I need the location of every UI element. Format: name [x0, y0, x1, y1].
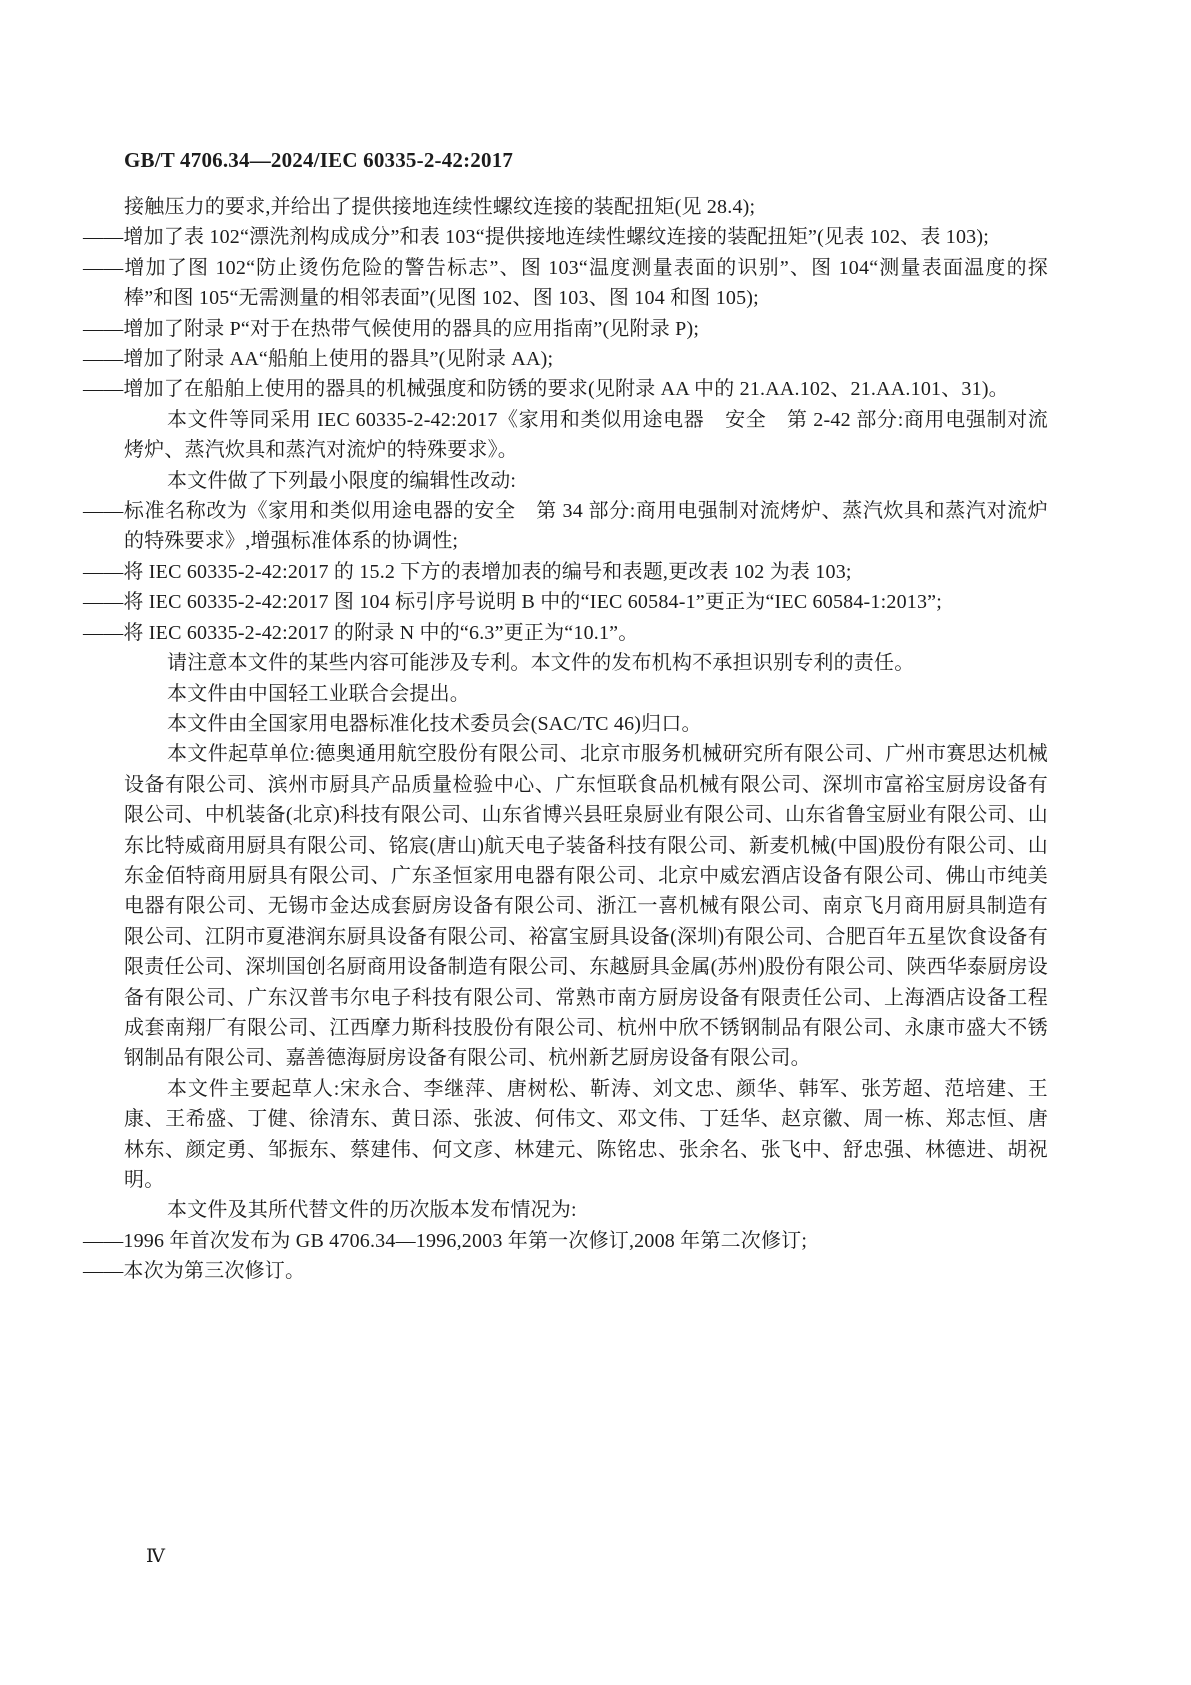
foreword-paragraph: 本文件及其所代替文件的历次版本发布情况为:: [124, 1195, 1048, 1225]
foreword-paragraph: 本文件由中国轻工业联合会提出。: [124, 679, 1048, 709]
foreword-continuation-line: 接触压力的要求,并给出了提供接地连续性螺纹连接的装配扭矩(见 28.4);: [124, 192, 1048, 222]
foreword-list-item: ——1996 年首次发布为 GB 4706.34—1996,2003 年第一次修…: [124, 1226, 1048, 1256]
foreword-list-item: ——将 IEC 60335-2-42:2017 图 104 标引序号说明 B 中…: [124, 587, 1048, 617]
foreword-paragraph: 本文件做了下列最小限度的编辑性改动:: [124, 466, 1048, 496]
foreword-drafters-paragraph: 本文件主要起草人:宋永合、李继萍、唐树松、靳涛、刘文忠、颜华、韩军、张芳超、范培…: [124, 1074, 1048, 1196]
foreword-paragraph: 请注意本文件的某些内容可能涉及专利。本文件的发布机构不承担识别专利的责任。: [124, 648, 1048, 678]
foreword-list-item: ——增加了附录 AA“船舶上使用的器具”(见附录 AA);: [124, 344, 1048, 374]
foreword-list-item: ——增加了附录 P“对于在热带气候使用的器具的应用指南”(见附录 P);: [124, 314, 1048, 344]
foreword-list-item: ——增加了在船舶上使用的器具的机械强度和防锈的要求(见附录 AA 中的 21.A…: [124, 374, 1048, 404]
foreword-paragraph: 本文件等同采用 IEC 60335-2-42:2017《家用和类似用途电器 安全…: [124, 405, 1048, 466]
foreword-drafting-organizations-paragraph: 本文件起草单位:德奥通用航空股份有限公司、北京市服务机械研究所有限公司、广州市赛…: [124, 739, 1048, 1073]
foreword-list-item: ——将 IEC 60335-2-42:2017 的附录 N 中的“6.3”更正为…: [124, 618, 1048, 648]
foreword-list-item: ——本次为第三次修订。: [124, 1256, 1048, 1286]
foreword-paragraph: 本文件由全国家用电器标准化技术委员会(SAC/TC 46)归口。: [124, 709, 1048, 739]
foreword-list-item: ——增加了表 102“漂洗剂构成成分”和表 103“提供接地连续性螺纹连接的装配…: [124, 222, 1048, 252]
page-number: Ⅳ: [146, 1545, 166, 1568]
foreword-list-item: ——将 IEC 60335-2-42:2017 的 15.2 下方的表增加表的编…: [124, 557, 1048, 587]
foreword-list-item: ——增加了图 102“防止烫伤危险的警告标志”、图 103“温度测量表面的识别”…: [124, 253, 1048, 314]
standard-number-header: GB/T 4706.34—2024/IEC 60335-2-42:2017: [124, 148, 513, 173]
foreword-list-item: ——标准名称改为《家用和类似用途电器的安全 第 34 部分:商用电强制对流烤炉、…: [124, 496, 1048, 557]
document-page: GB/T 4706.34—2024/IEC 60335-2-42:2017 接触…: [0, 0, 1191, 1685]
foreword-body: 接触压力的要求,并给出了提供接地连续性螺纹连接的装配扭矩(见 28.4); ——…: [124, 192, 1048, 1287]
